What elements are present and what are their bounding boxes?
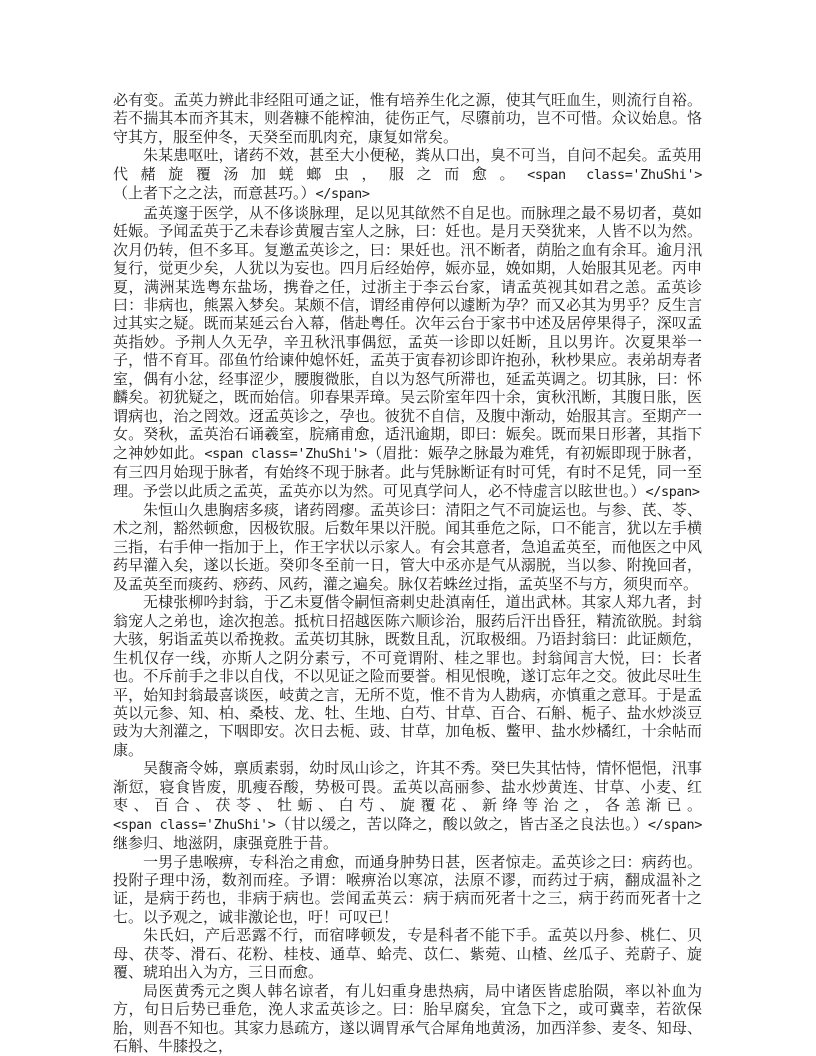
paragraph: 朱氏妇，产后恶露不行，而宿哮顿发，专是科者不能下手。孟英以丹参、桃仁、贝母、茯苓… — [113, 926, 702, 981]
inline-markup-tag: <span class='ZhuShi'> — [113, 817, 275, 833]
inline-markup-tag: <span class='ZhuShi'> — [527, 167, 702, 183]
body-text: （上者下之之法，而意甚巧。） — [113, 184, 316, 202]
body-text: 一男子患喉痹，专科治之甫愈，而通身肿势日甚，医者惊走。孟英诊之曰：病药也。投附子… — [113, 853, 702, 926]
body-text: 无棣张柳吟封翁，于乙未夏偕令嗣恒斋刺史赴滇南任，道出武林。其家人郑九者，封翁宠人… — [113, 593, 702, 759]
body-text: 必有变。孟英力辨此非经阻可通之证，惟有培养生化之源，使其气旺血生，则流行自裕。若… — [113, 91, 702, 146]
document-page: 必有变。孟英力辨此非经阻可通之证，惟有培养生化之源，使其气旺血生，则流行自裕。若… — [113, 91, 702, 1056]
body-text: 吴馥斋令姊，禀质素弱，幼时凤山诊之，许其不秀。癸巳失其怙恃，情怀悒悒，汛事渐愆，… — [113, 759, 702, 814]
paragraph: 必有变。孟英力辨此非经阻可通之证，惟有培养生化之源，使其气旺血生，则流行自裕。若… — [113, 91, 702, 146]
document-body: 必有变。孟英力辨此非经阻可通之证，惟有培养生化之源，使其气旺血生，则流行自裕。若… — [113, 91, 702, 1056]
paragraph: 无棣张柳吟封翁，于乙未夏偕令嗣恒斋刺史赴滇南任，道出武林。其家人郑九者，封翁宠人… — [113, 593, 702, 759]
paragraph: 孟英邃于医学，从不侈谈脉理，足以见其欿然不自足也。而脉理之最不易切者，莫如妊娠。… — [113, 204, 702, 501]
body-text: 继参归、地滋阴，康强竟胜于昔。 — [113, 834, 338, 852]
body-text: 朱恒山久患胸痞多痰，诸药罔瘳。孟英诊曰：清阳之气不司旋运也。与参、芪、苓、术之剂… — [113, 501, 702, 593]
paragraph: 一男子患喉痹，专科治之甫愈，而通身肿势日甚，医者惊走。孟英诊之曰：病药也。投附子… — [113, 853, 702, 927]
inline-markup-tag: <span class='ZhuShi'> — [204, 446, 367, 462]
inline-markup-tag: </span> — [648, 817, 702, 833]
body-text: 孟英邃于医学，从不侈谈脉理，足以见其欿然不自足也。而脉理之最不易切者，莫如妊娠。… — [113, 204, 702, 462]
body-text: （甘以缓之，苦以降之，酸以敛之，皆古圣之良法也。） — [275, 815, 647, 833]
paragraph: 局医黄秀元之舆人韩名谅者，有儿妇重身患热病，局中诸医皆虑胎陨，率以补血为方，旬日… — [113, 982, 702, 1056]
body-text: 朱氏妇，产后恶露不行，而宿哮顿发，专是科者不能下手。孟英以丹参、桃仁、贝母、茯苓… — [113, 926, 702, 981]
paragraph: 朱某患呕吐，诸药不效，甚至大小便秘，粪从口出，臭不可当，自问不起矣。孟英用代赭旋… — [113, 146, 702, 203]
paragraph: 吴馥斋令姊，禀质素弱，幼时凤山诊之，许其不秀。癸巳失其怙恃，情怀悒悒，汛事渐愆，… — [113, 759, 702, 852]
inline-markup-tag: </span> — [316, 186, 370, 202]
inline-markup-tag: </span> — [646, 484, 700, 500]
body-text: 局医黄秀元之舆人韩名谅者，有儿妇重身患热病，局中诸医皆虑胎陨，率以补血为方，旬日… — [113, 982, 702, 1055]
paragraph: 朱恒山久患胸痞多痰，诸药罔瘳。孟英诊曰：清阳之气不司旋运也。与参、芪、苓、术之剂… — [113, 501, 702, 593]
